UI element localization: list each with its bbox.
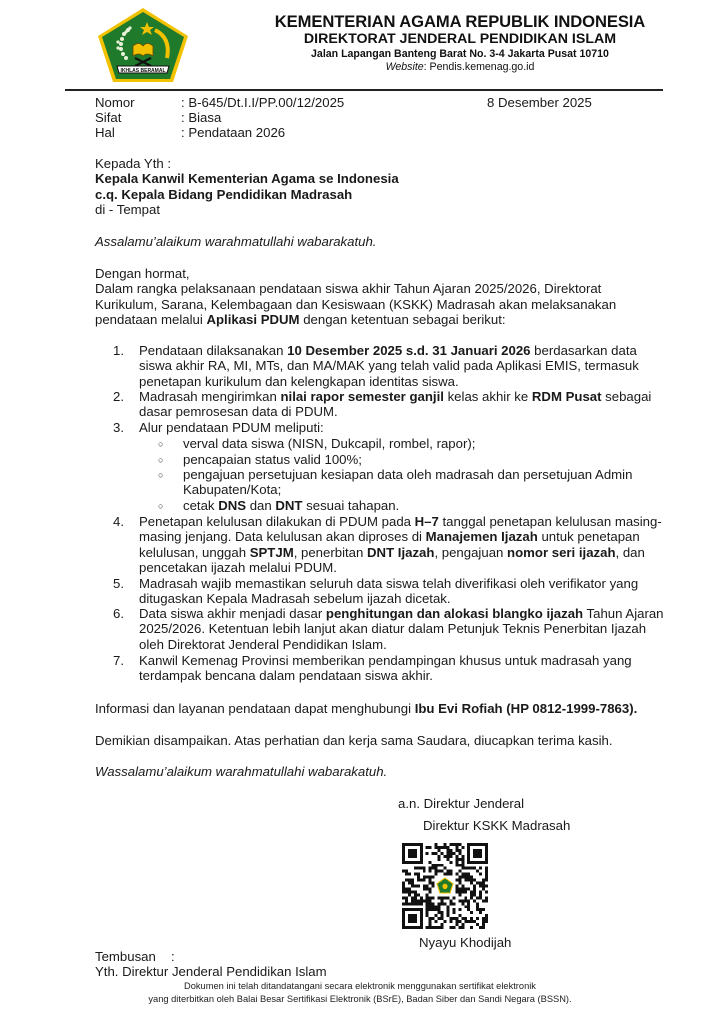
item-text: Alur pendataan PDUM meliputi: — [139, 420, 673, 435]
farewell: Wassalamu’alaikum warahmatullahi wabarak… — [95, 764, 387, 780]
circle-bullet-icon: ○ — [158, 453, 163, 468]
opening-line3: pendataan melalui Aplikasi PDUM dengan k… — [95, 312, 506, 328]
item-number: 4. — [113, 514, 131, 529]
website-line: Website: Pendis.kemenag.go.id — [200, 61, 720, 73]
recipient-line2: c.q. Kepala Bidang Pendidikan Madrasah — [95, 187, 352, 203]
website-label: Website — [386, 61, 424, 73]
qr-code-signature-icon — [402, 843, 488, 929]
opening-line1: Dalam rangka pelaksanaan pendataan siswa… — [95, 281, 601, 297]
item-text: Madrasah mengirimkan nilai rapor semeste… — [139, 389, 673, 420]
sub-item-4: ○ cetak DNS dan DNT sesuai tahapan. — [158, 498, 658, 513]
item-number: 5. — [113, 576, 131, 591]
ministry-name: KEMENTERIAN AGAMA REPUBLIK INDONESIA — [200, 12, 720, 32]
item-number: 6. — [113, 606, 131, 621]
list-item-1: 1. Pendataan dilaksanakan 10 Desember 20… — [113, 343, 673, 389]
list-item-4: 4. Penetapan kelulusan dilakukan di PDUM… — [113, 514, 673, 575]
kemenag-emblem-icon: IKHLAS BERAMAL — [95, 6, 191, 84]
cc-item: Yth. Direktur Jenderal Pendidikan Islam — [95, 964, 327, 980]
contact-person: Ibu Evi Rofiah (HP 0812-1999-7863). — [415, 701, 638, 716]
meta-label: Nomor — [95, 95, 181, 111]
signature-position: Direktur KSKK Madrasah — [423, 818, 570, 834]
text: pendataan melalui — [95, 312, 206, 327]
list-item-3: 3. Alur pendataan PDUM meliputi: — [113, 420, 673, 435]
item-text: Madrasah wajib memastikan seluruh data s… — [139, 576, 673, 607]
list-item-7: 7. Kanwil Kemenag Provinsi memberikan pe… — [113, 653, 673, 684]
contact-info: Informasi dan layanan pendataan dapat me… — [95, 701, 637, 717]
meta-sifat: Sifat: Biasa — [95, 110, 221, 126]
cc-label-row: Tembusan: — [95, 949, 175, 965]
item-text: Data siswa akhir menjadi dasar penghitun… — [139, 606, 673, 652]
letterhead-divider — [65, 89, 663, 91]
website-link[interactable]: : Pendis.kemenag.go.id — [424, 61, 535, 73]
recipient-line3: di - Tempat — [95, 202, 160, 218]
sub-item-text: verval data siswa (NISN, Dukcapil, rombe… — [183, 436, 658, 451]
meta-nomor: Nomor: B-645/Dt.I.I/PP.00/12/2025 — [95, 95, 344, 111]
list-item-6: 6. Data siswa akhir menjadi dasar penghi… — [113, 606, 673, 652]
meta-value: : B-645/Dt.I.I/PP.00/12/2025 — [181, 95, 344, 110]
item-text: Pendataan dilaksanakan 10 Desember 2025 … — [139, 343, 673, 389]
sub-item-3: ○ pengajuan persetujuan kesiapan data ol… — [158, 467, 658, 498]
opening-line2: Kurikulum, Sarana, Kelembagaan dan Kesis… — [95, 297, 616, 313]
meta-value: : Biasa — [181, 110, 221, 125]
directorate-name: DIREKTORAT JENDERAL PENDIDIKAN ISLAM — [200, 31, 720, 47]
signature-on-behalf: a.n. Direktur Jenderal — [398, 796, 524, 812]
sub-item-1: ○ verval data siswa (NISN, Dukcapil, rom… — [158, 436, 658, 451]
text: Informasi dan layanan pendataan dapat me… — [95, 701, 415, 716]
e-sign-note-line2: yang diterbitkan oleh Balai Besar Sertif… — [0, 993, 720, 1006]
text: dengan ketentuan sebagai berikut: — [300, 312, 506, 327]
recipient-line1: Kepala Kanwil Kementerian Agama se Indon… — [95, 171, 399, 187]
sub-item-text: pengajuan persetujuan kesiapan data oleh… — [183, 467, 658, 498]
svg-text:IKHLAS BERAMAL: IKHLAS BERAMAL — [121, 68, 166, 74]
sub-item-text: pencapaian status valid 100%; — [183, 452, 658, 467]
meta-label: Sifat — [95, 110, 181, 126]
sub-item-text: cetak DNS dan DNT sesuai tahapan. — [183, 498, 658, 513]
signatory-name: Nyayu Khodijah — [419, 935, 511, 951]
cc-label: Tembusan — [95, 949, 171, 965]
salutation: Dengan hormat, — [95, 266, 190, 282]
app-name: Aplikasi PDUM — [206, 312, 299, 327]
ministry-address: Jalan Lapangan Banteng Barat No. 3-4 Jak… — [200, 48, 720, 60]
meta-hal: Hal: Pendataan 2026 — [95, 125, 285, 141]
item-text: Penetapan kelulusan dilakukan di PDUM pa… — [139, 514, 673, 575]
closing-text: Demikian disampaikan. Atas perhatian dan… — [95, 733, 613, 749]
item-number: 7. — [113, 653, 131, 668]
meta-label: Hal — [95, 125, 181, 141]
item-text: Kanwil Kemenag Provinsi memberikan penda… — [139, 653, 673, 684]
cc-colon: : — [171, 949, 175, 964]
sub-item-2: ○ pencapaian status valid 100%; — [158, 452, 658, 467]
greeting: Assalamu’alaikum warahmatullahi wabaraka… — [95, 234, 376, 250]
recipient-to: Kepada Yth : — [95, 156, 171, 172]
meta-value: : Pendataan 2026 — [181, 125, 285, 140]
list-item-2: 2. Madrasah mengirimkan nilai rapor seme… — [113, 389, 673, 420]
list-item-5: 5. Madrasah wajib memastikan seluruh dat… — [113, 576, 673, 607]
circle-bullet-icon: ○ — [158, 499, 163, 514]
circle-bullet-icon: ○ — [158, 468, 163, 483]
item-number: 2. — [113, 389, 131, 404]
circle-bullet-icon: ○ — [158, 437, 163, 452]
item-number: 1. — [113, 343, 131, 358]
item-number: 3. — [113, 420, 131, 435]
e-sign-note-line1: Dokumen ini telah ditandatangani secara … — [0, 980, 720, 993]
letter-date: 8 Desember 2025 — [487, 95, 592, 110]
